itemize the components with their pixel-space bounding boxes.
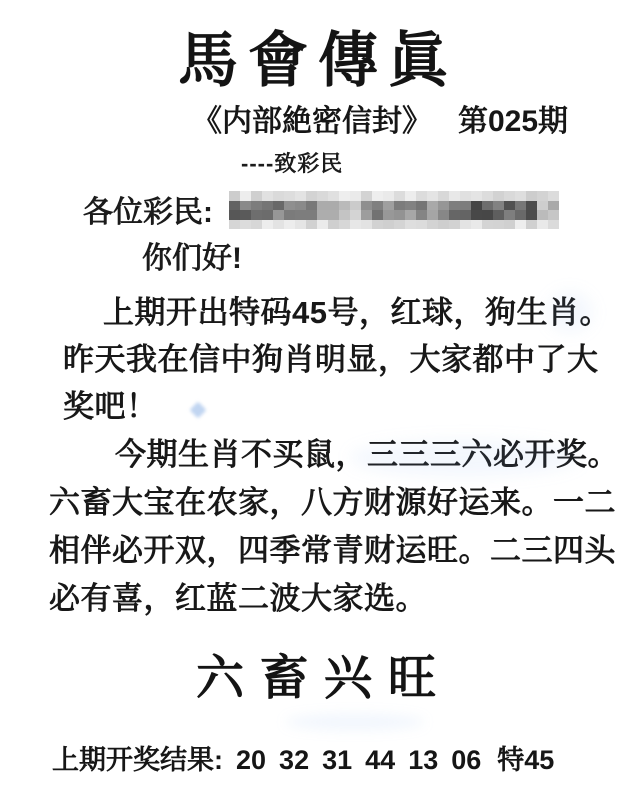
special-prefix: 特 xyxy=(497,745,524,775)
paragraph-current-tip: 今期生肖不买鼠，三三三六必开奖。 六畜大宝在农家，八方财源好运来。一二 相伴必开… xyxy=(49,434,619,626)
envelope-label: 《内部絶密信封》 xyxy=(192,105,432,138)
previous-draw-result: 上期开奖结果:203231441306特45 xyxy=(52,742,554,778)
subtitle: 《内部絶密信封》第025期 xyxy=(192,99,568,145)
paragraph-line: 昨天我在信中狗肖明显，大家都中了大 xyxy=(63,339,611,386)
paragraph-line: 必有喜，红蓝二波大家选。 xyxy=(49,578,619,626)
paragraph-line: 上期开出特码45号，红球，狗生肖。 xyxy=(63,292,611,339)
paragraph-line: 今期生肖不买鼠，三三三六必开奖。 xyxy=(49,434,619,482)
paragraph-line: 奖吧！ xyxy=(63,386,611,433)
result-number: 06 xyxy=(451,742,481,778)
redacted-contact-mosaic xyxy=(229,191,559,229)
result-number: 32 xyxy=(279,742,309,778)
special-value: 45 xyxy=(524,745,554,775)
slogan: 六畜兴旺 xyxy=(196,648,452,710)
greeting: 你们好! xyxy=(142,240,242,278)
salutation: 各位彩民: xyxy=(83,194,213,232)
page-title: 馬會傳眞 xyxy=(0,22,626,100)
result-number: 20 xyxy=(236,742,266,778)
fax-document: 馬會傳眞 《内部絶密信封》第025期 ----致彩民 各位彩民: 你们好! 上期… xyxy=(0,0,626,790)
paragraph-line: 相伴必开双，四季常青财运旺。二三四头 xyxy=(49,530,619,578)
result-number: 31 xyxy=(322,742,352,778)
issue-number: 第025期 xyxy=(458,105,568,138)
special-number: 特45 xyxy=(497,742,554,778)
result-number: 13 xyxy=(408,742,438,778)
scan-smudge xyxy=(285,714,425,730)
result-number: 44 xyxy=(365,742,395,778)
paragraph-line: 六畜大宝在农家，八方财源好运来。一二 xyxy=(49,482,619,530)
paragraph-previous-result: 上期开出特码45号，红球，狗生肖。 昨天我在信中狗肖明显，大家都中了大 奖吧！ xyxy=(63,292,611,433)
dedication-line: ----致彩民 xyxy=(241,149,343,179)
result-label: 上期开奖结果: xyxy=(52,745,223,775)
result-numbers: 203231441306 xyxy=(223,745,481,775)
